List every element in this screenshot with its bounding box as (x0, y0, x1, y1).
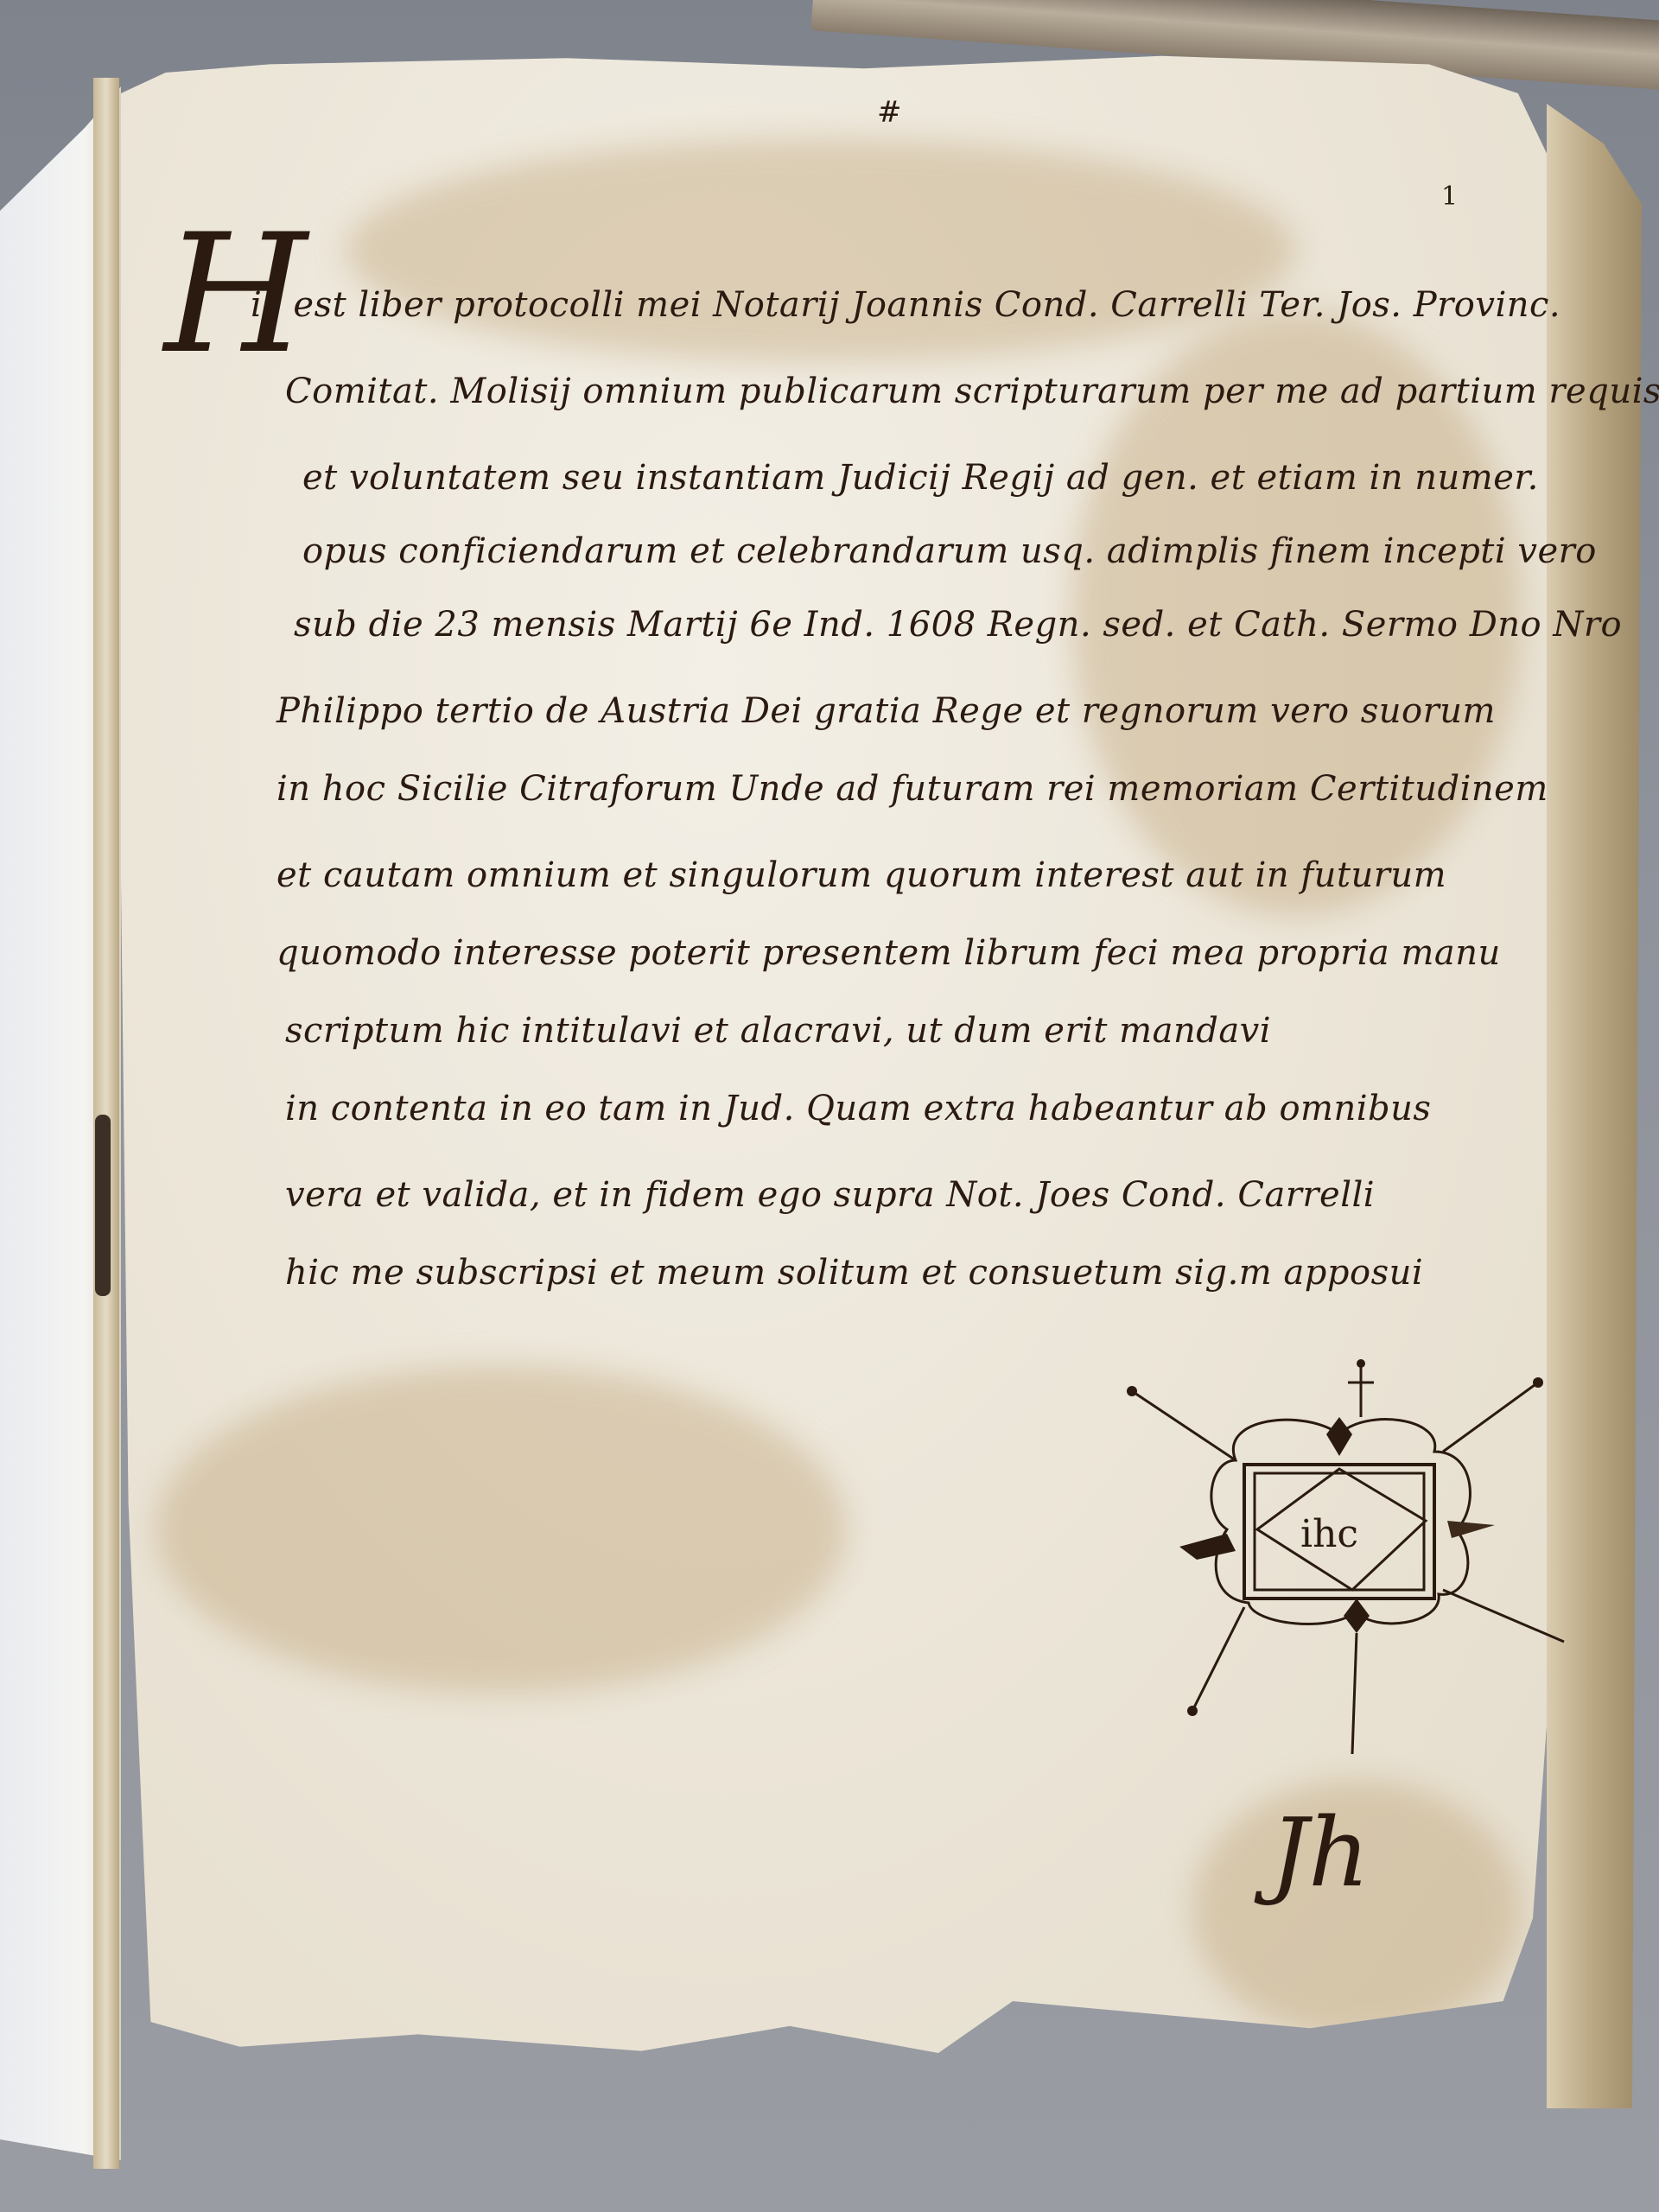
text-line: ic est liber protocolli mei Notarij Joan… (251, 285, 1560, 325)
text-line: sub die 23 mensis Martij 6e Ind. 1608 Re… (294, 605, 1622, 645)
water-stain (346, 138, 1296, 363)
text-line: scriptum hic intitulavi et alacravi, ut … (285, 1011, 1271, 1051)
water-stain (156, 1365, 847, 1694)
text-line: Comitat. Molisij omnium publicarum scrip… (285, 372, 1659, 411)
text-line: in hoc Sicilie Citraforum Unde ad futura… (276, 769, 1548, 809)
text-line: et voluntatem seu instantiam Judicij Reg… (302, 458, 1539, 498)
signature-flourish: Jh (1270, 1797, 1370, 1908)
text-line: Philippo tertio de Austria Dei gratia Re… (276, 691, 1496, 731)
folio-number: 1 (1441, 181, 1458, 212)
text-line: opus conficiendarum et celebrandarum usq… (302, 531, 1597, 571)
text-line: in contenta in eo tam in Jud. Quam extra… (285, 1089, 1431, 1128)
spine-tear (95, 1115, 111, 1296)
text-line: vera et valida, et in fidem ego supra No… (285, 1175, 1375, 1215)
text-line: hic me subscripsi et meum solitum et con… (285, 1253, 1423, 1293)
text-line: et cautam omnium et singulorum quorum in… (276, 855, 1446, 895)
ihc-monogram: ihc (1300, 1512, 1358, 1556)
text-line: quomodo interesse poterit presentem libr… (276, 933, 1501, 973)
top-mark: # (877, 95, 902, 130)
